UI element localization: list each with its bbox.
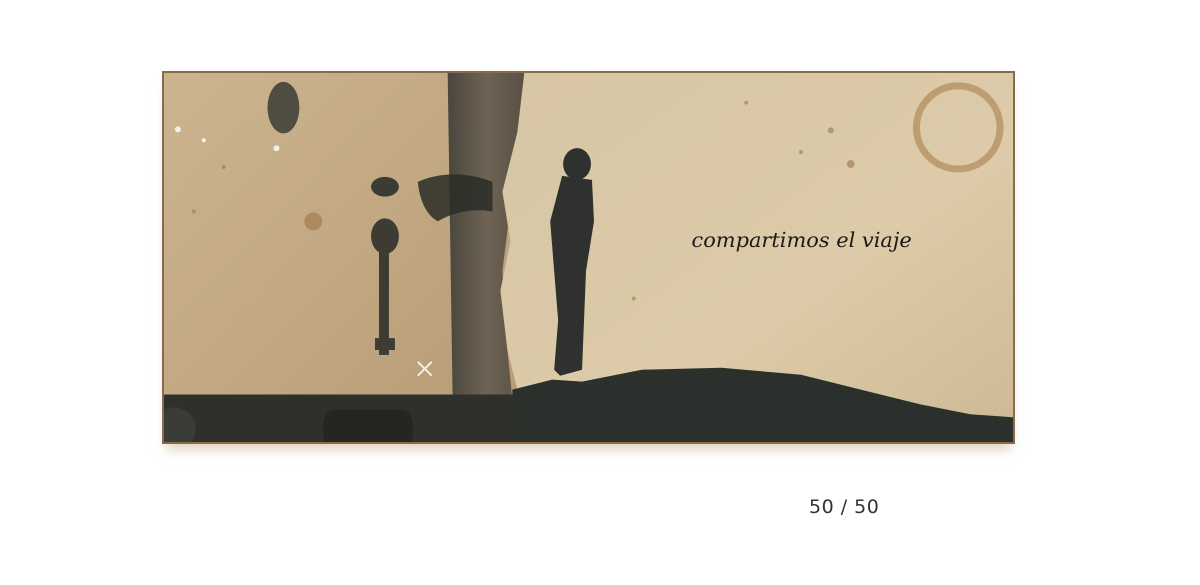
artwork-image: compartimos el viaje [162, 71, 1015, 444]
slide-counter: 50 / 50 [809, 496, 879, 518]
collage-painting: compartimos el viaje [164, 73, 1013, 442]
handwritten-caption: compartimos el viaje [692, 228, 912, 252]
